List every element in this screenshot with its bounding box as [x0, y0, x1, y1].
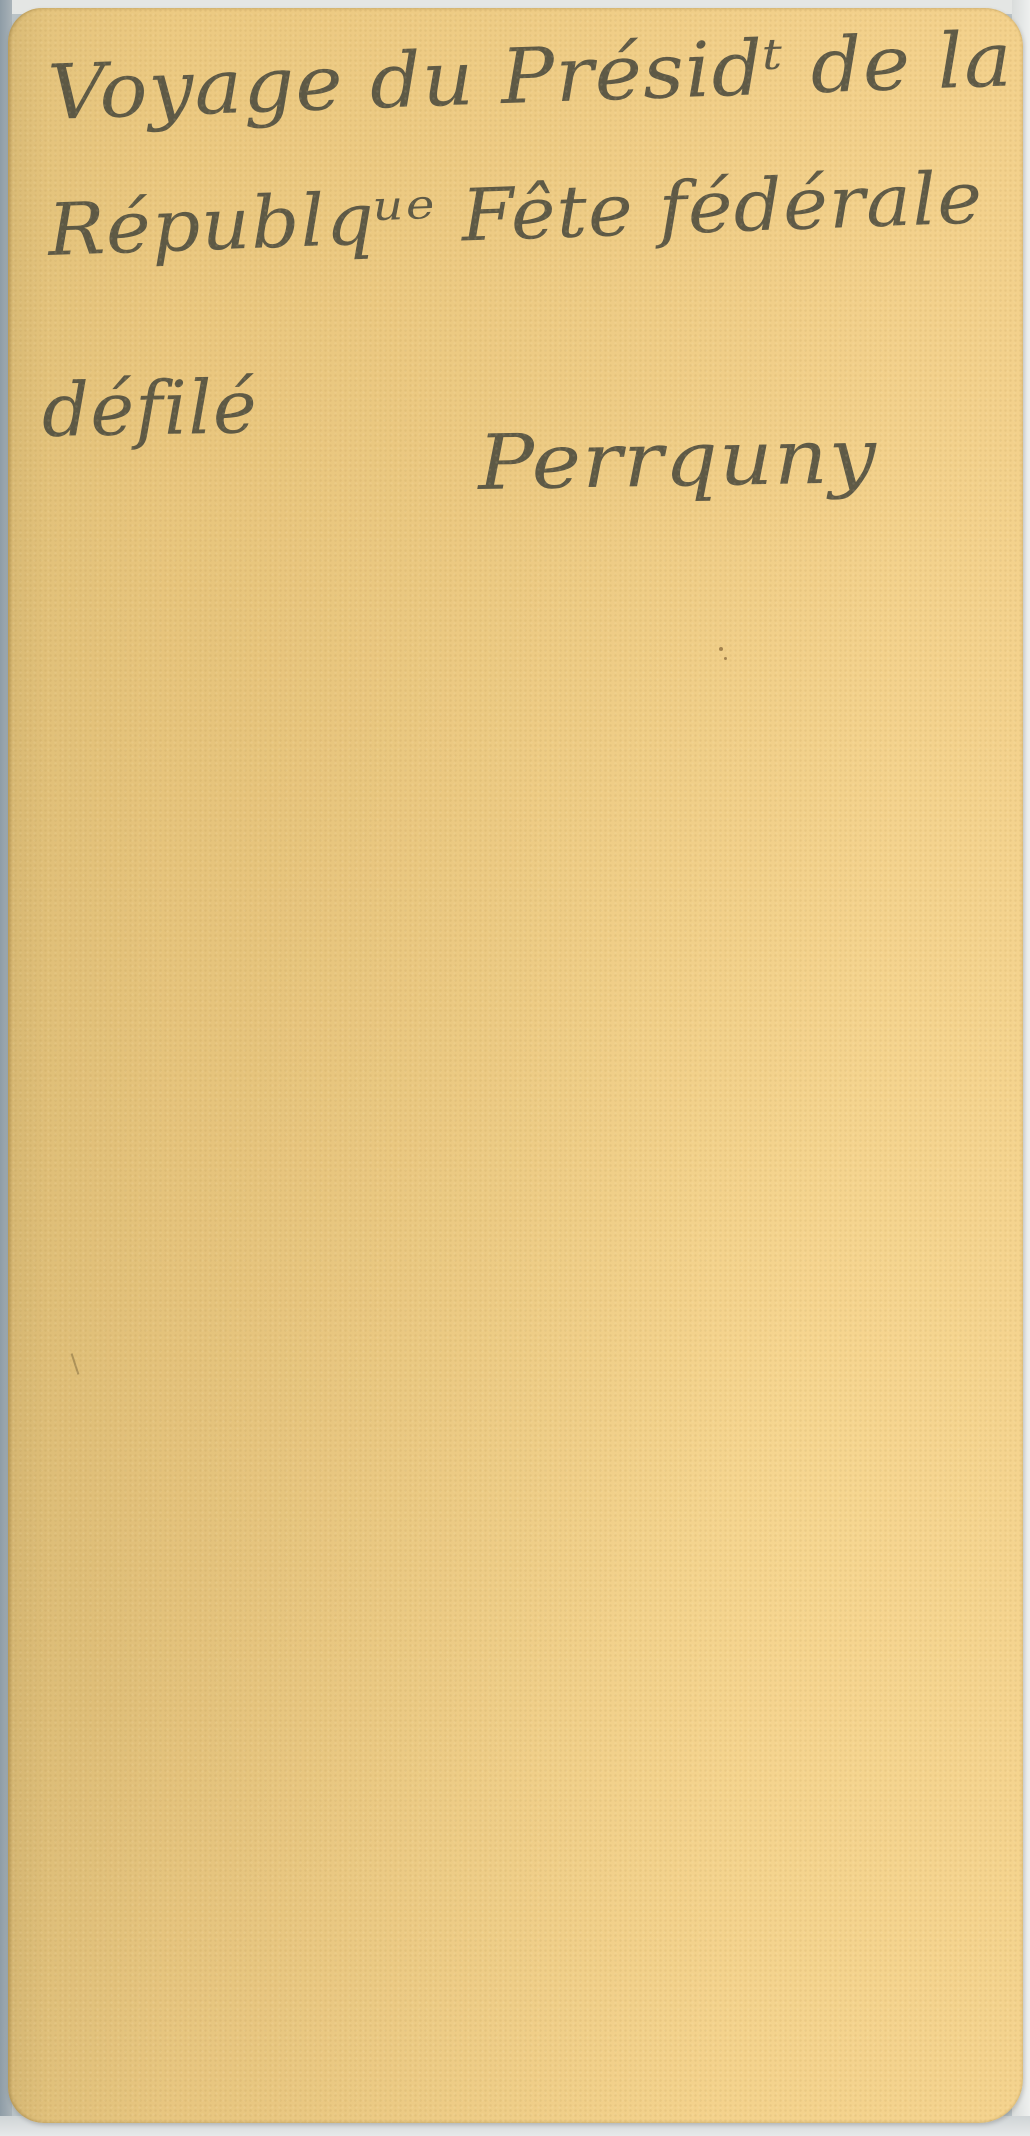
photo-card-back: Voyage du Présidᵗ de la Républqᵘᵉ Fête f… — [8, 8, 1023, 2123]
inscription-line-2: Républqᵘᵉ Fête fédérale — [47, 155, 985, 272]
inscription-signature: Perrquny — [477, 411, 878, 507]
paper-speck — [724, 657, 727, 660]
paper-scratch-mark — [71, 1353, 80, 1375]
paper-speck — [719, 647, 723, 651]
inscription-line-1: Voyage du Présidᵗ de la — [46, 14, 1014, 137]
inscription-line-3: défilé — [41, 364, 258, 454]
